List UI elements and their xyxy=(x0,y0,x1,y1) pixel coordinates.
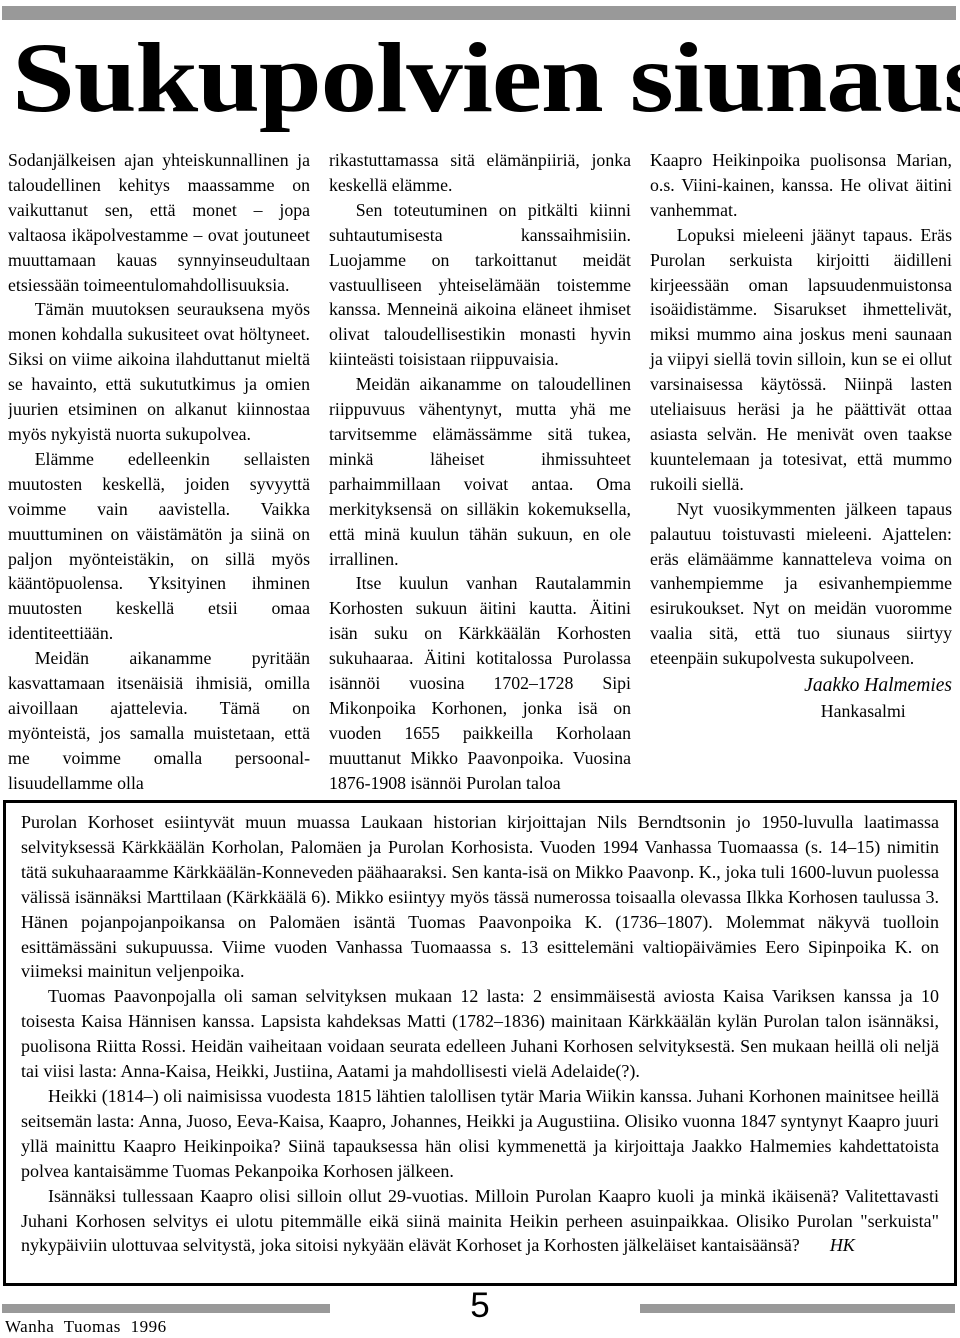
journal-name: Wanha Tuomas 1996 xyxy=(5,1317,167,1337)
paragraph: Tämän muutoksen seurauksena myös monen k… xyxy=(8,297,310,446)
paragraph: Lopuksi mieleeni jäänyt tapaus. Eräs Pur… xyxy=(650,223,952,497)
author-initials: HK xyxy=(830,1235,855,1255)
paragraph: Meidän aikanamme pyritään kasvattamaan i… xyxy=(8,646,310,795)
page: Sukupolvien siunaus Sodanjälkeisen ajan … xyxy=(0,0,960,1338)
paragraph: Nyt vuosikymmenten jälkeen tapaus palaut… xyxy=(650,497,952,671)
info-paragraph: Purolan Korhoset esiintyvät muun muassa … xyxy=(21,810,939,984)
signature-name: Jaakko Halmemies xyxy=(650,671,952,699)
paragraph: Kaapro Heikinpoika puolisonsa Marian, o.… xyxy=(650,148,952,223)
paragraph: Itse kuulun vanhan Rautalammin Korhosten… xyxy=(329,571,631,795)
article-column-3: Kaapro Heikinpoika puolisonsa Marian, o.… xyxy=(650,148,952,796)
signature-place: Hankasalmi xyxy=(650,699,952,724)
top-rule xyxy=(2,6,956,20)
article-column-1: Sodanjälkeisen ajan yhteiskunnallinen ja… xyxy=(8,148,310,796)
info-paragraph-text: Isännäksi tullessaan Kaapro olisi silloi… xyxy=(21,1186,939,1256)
paragraph: Elämme edelleenkin sellaisten muutosten … xyxy=(8,447,310,646)
paragraph: Sen toteutuminen on pitkälti kiinni suht… xyxy=(329,198,631,372)
info-box: Purolan Korhoset esiintyvät muun muassa … xyxy=(3,800,957,1286)
article-body: Sodanjälkeisen ajan yhteiskunnallinen ja… xyxy=(8,148,952,796)
info-paragraph: Tuomas Paavonpojalla oli saman selvityks… xyxy=(21,984,939,1084)
page-footer: 5 Wanha Tuomas 1996 xyxy=(0,1285,960,1338)
paragraph: Sodanjälkeisen ajan yhteiskunnallinen ja… xyxy=(8,148,310,297)
page-title: Sukupolvien siunaus xyxy=(12,26,960,138)
info-paragraph-last: Isännäksi tullessaan Kaapro olisi silloi… xyxy=(21,1184,939,1259)
paragraph: Meidän aikanamme on taloudellinen riippu… xyxy=(329,372,631,571)
info-paragraph: Heikki (1814–) oli naimisissa vuodesta 1… xyxy=(21,1084,939,1184)
article-column-2: rikastuttamassa sitä elämänpiiriä, jonka… xyxy=(329,148,631,796)
paragraph: rikastuttamassa sitä elämänpiiriä, jonka… xyxy=(329,148,631,198)
